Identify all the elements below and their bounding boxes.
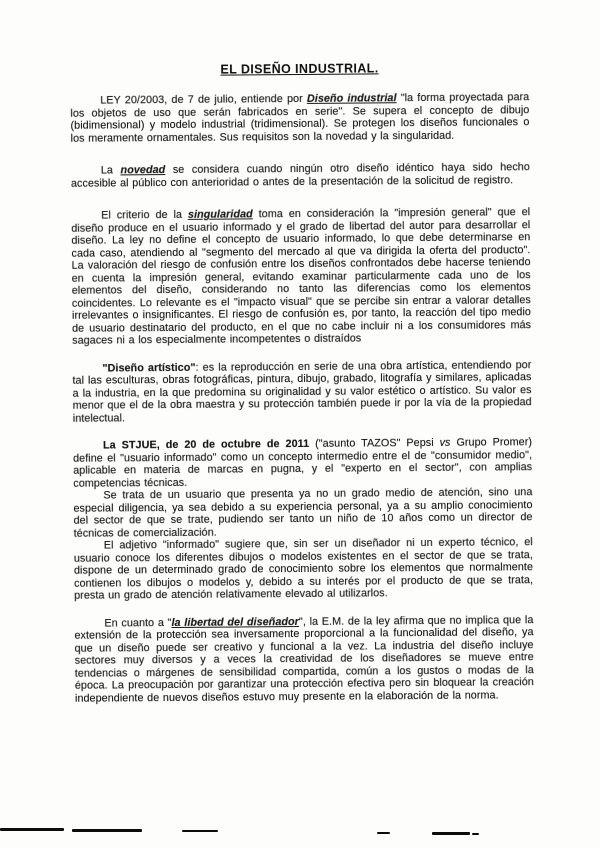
text-segment: El adjetivo "informado" sugiere que, sin… bbox=[74, 536, 533, 602]
scan-artifact-mark bbox=[72, 829, 142, 832]
scanned-document-page: EL DISEÑO INDUSTRIAL. LEY 20/2003, de 7 … bbox=[0, 0, 600, 848]
paragraph: "Diseño artístico": es la reproducción e… bbox=[72, 359, 531, 425]
emphasized-text-segment: "Diseño artístico" bbox=[102, 361, 195, 374]
paragraph: LEY 20/2003, de 7 de julio, entiende por… bbox=[70, 91, 529, 145]
emphasized-text-segment: novedad bbox=[120, 164, 165, 176]
page-title: EL DISEÑO INDUSTRIAL. bbox=[70, 60, 529, 79]
paragraph: En cuanto a "la libertad del diseñador",… bbox=[74, 614, 534, 705]
emphasized-text-segment: La STJUE, de 20 de octubre de 2011 bbox=[103, 438, 309, 452]
paragraph: La STJUE, de 20 de octubre de 2011 ("asu… bbox=[73, 436, 532, 490]
scan-artifact-mark bbox=[182, 830, 218, 832]
text-segment: La bbox=[101, 164, 121, 176]
paragraph: El criterio de la singularidad toma en c… bbox=[71, 206, 531, 347]
emphasized-text-segment: la libertad del diseñador bbox=[171, 616, 299, 629]
text-segment: ("asunto TAZOS" Pepsi bbox=[309, 437, 440, 450]
text-segment: toma en consideración la "impresión gene… bbox=[71, 206, 531, 347]
paragraph: El adjetivo "informado" sugiere que, sin… bbox=[74, 536, 533, 602]
scan-artifact-mark bbox=[432, 832, 470, 835]
emphasized-text-segment: singularidad bbox=[188, 208, 253, 221]
emphasized-text-segment: vs bbox=[440, 437, 451, 449]
scan-artifact-mark bbox=[472, 833, 479, 835]
paragraph: La novedad se considera cuando ningún ot… bbox=[71, 161, 530, 190]
emphasized-text-segment: Diseño industrial bbox=[307, 92, 397, 105]
text-segment: El criterio de la bbox=[101, 209, 188, 222]
text-segment: Se trata de un usuario que presenta ya n… bbox=[73, 486, 532, 539]
text-segment: LEY 20/2003, de 7 de julio, entiende por bbox=[100, 93, 307, 107]
document-content: EL DISEÑO INDUSTRIAL. LEY 20/2003, de 7 … bbox=[70, 60, 534, 720]
scan-artifact-mark bbox=[0, 828, 64, 831]
paragraph: Se trata de un usuario que presenta ya n… bbox=[73, 486, 532, 540]
text-segment: En cuanto a " bbox=[104, 617, 171, 630]
document-body: LEY 20/2003, de 7 de julio, entiende por… bbox=[70, 91, 534, 705]
scan-artifact-mark bbox=[377, 832, 390, 834]
